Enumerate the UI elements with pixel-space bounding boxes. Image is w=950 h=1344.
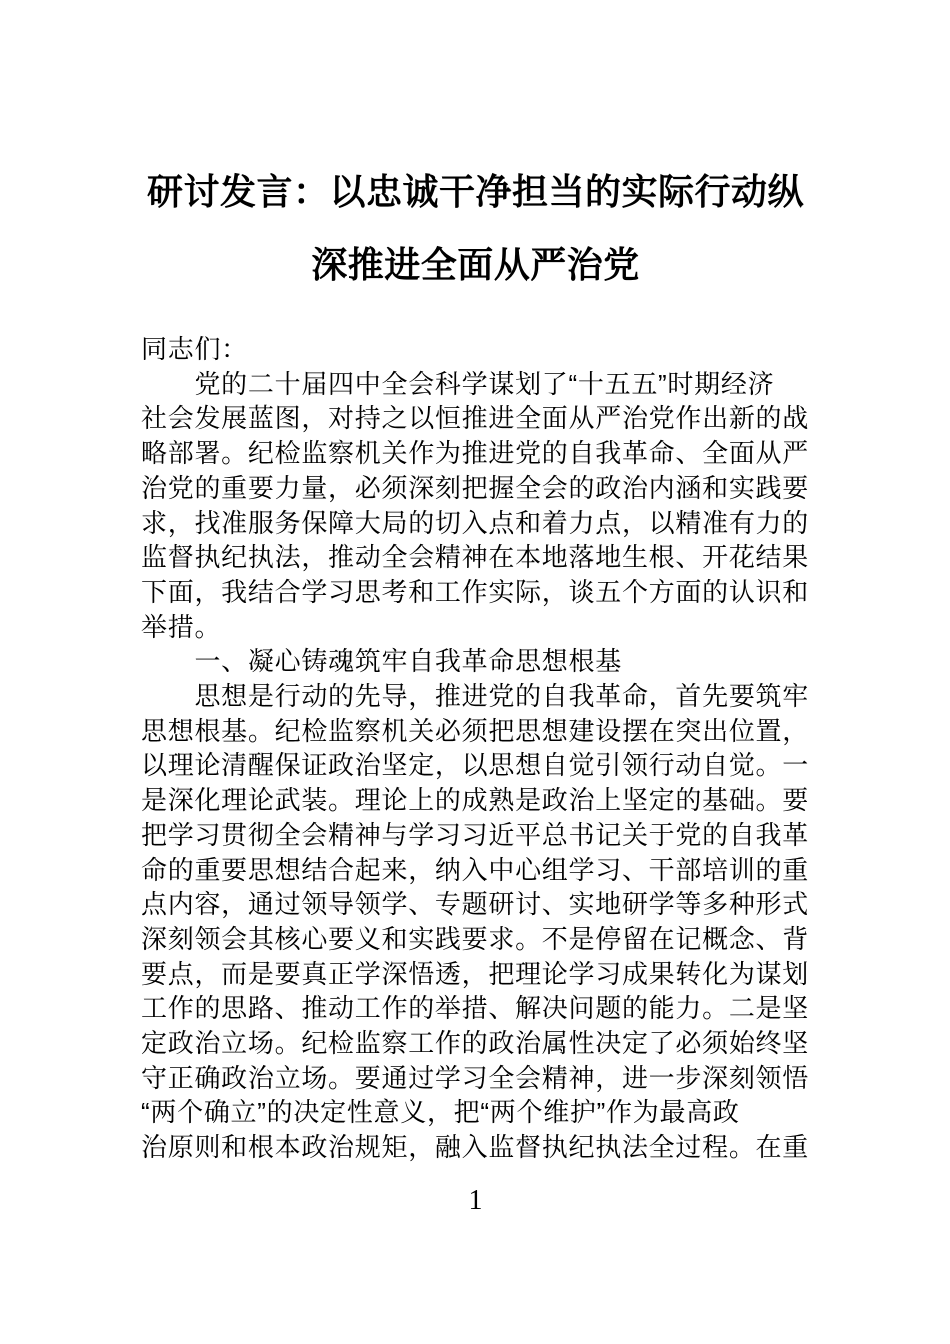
body-line: “两个确立”的决定性意义，把“两个维护”作为最高政 [141, 1095, 810, 1130]
body-line: 求，找准服务保障大局的切入点和着力点，以精准有力的 [141, 506, 810, 541]
document-content: 研讨发言：以忠诚干净担当的实际行动纵 深推进全面从严治党 同志们： 党的二十届四… [0, 0, 950, 1217]
body-line: 以理论清醒保证政治坚定，以思想自觉引领行动自觉。一 [141, 748, 810, 783]
body-line: 是深化理论武装。理论上的成熟是政治上坚定的基础。要 [141, 783, 810, 818]
body-line: 举措。 [141, 610, 810, 645]
body-line: 监督执纪执法，推动全会精神在本地落地生根、开花结果 [141, 540, 810, 575]
body-line: 点内容，通过领导领学、专题研讨、实地研学等多种形式 [141, 887, 810, 922]
body-line: 下面，我结合学习思考和工作实际，谈五个方面的认识和 [141, 575, 810, 610]
body-line: 定政治立场。纪检监察工作的政治属性决定了必须始终坚 [141, 1026, 810, 1061]
body-line: 党的二十届四中全会科学谋划了“十五五”时期经济 [141, 367, 810, 402]
body-line section-heading: 一、凝心铸魂筑牢自我革命思想根基 [141, 644, 810, 679]
body-line: 守正确政治立场。要通过学习全会精神，进一步深刻领悟 [141, 1061, 810, 1096]
document-title-line-1: 研讨发言：以忠诚干净担当的实际行动纵 [141, 155, 810, 228]
document-page: 研讨发言：以忠诚干净担当的实际行动纵 深推进全面从严治党 同志们： 党的二十届四… [0, 0, 950, 1344]
body-line: 治原则和根本政治规矩，融入监督执纪执法全过程。在重 [141, 1130, 810, 1165]
body-line: 要点，而是要真正学深悟透，把理论学习成果转化为谋划 [141, 957, 810, 992]
body-line: 深刻领会其核心要义和实践要求。不是停留在记概念、背 [141, 922, 810, 957]
body-line: 思想根基。纪检监察机关必须把思想建设摆在突出位置， [141, 714, 810, 749]
body-line: 命的重要思想结合起来，纳入中心组学习、干部培训的重 [141, 853, 810, 888]
body-line: 思想是行动的先导，推进党的自我革命，首先要筑牢 [141, 679, 810, 714]
body-line: 工作的思路、推动工作的举措、解决问题的能力。二是坚 [141, 991, 810, 1026]
body-line: 把学习贯彻全会精神与学习习近平总书记关于党的自我革 [141, 818, 810, 853]
document-title: 研讨发言：以忠诚干净担当的实际行动纵 深推进全面从严治党 [141, 155, 810, 301]
body-line: 同志们： [141, 332, 810, 367]
body-line: 略部署。纪检监察机关作为推进党的自我革命、全面从严 [141, 436, 810, 471]
page-number: 1 [141, 1185, 810, 1217]
document-title-line-2: 深推进全面从严治党 [141, 228, 810, 301]
body-line: 治党的重要力量，必须深刻把握全会的政治内涵和实践要 [141, 471, 810, 506]
document-body: 同志们： 党的二十届四中全会科学谋划了“十五五”时期经济 社会发展蓝图，对持之以… [141, 332, 810, 1165]
body-line: 社会发展蓝图，对持之以恒推进全面从严治党作出新的战 [141, 401, 810, 436]
